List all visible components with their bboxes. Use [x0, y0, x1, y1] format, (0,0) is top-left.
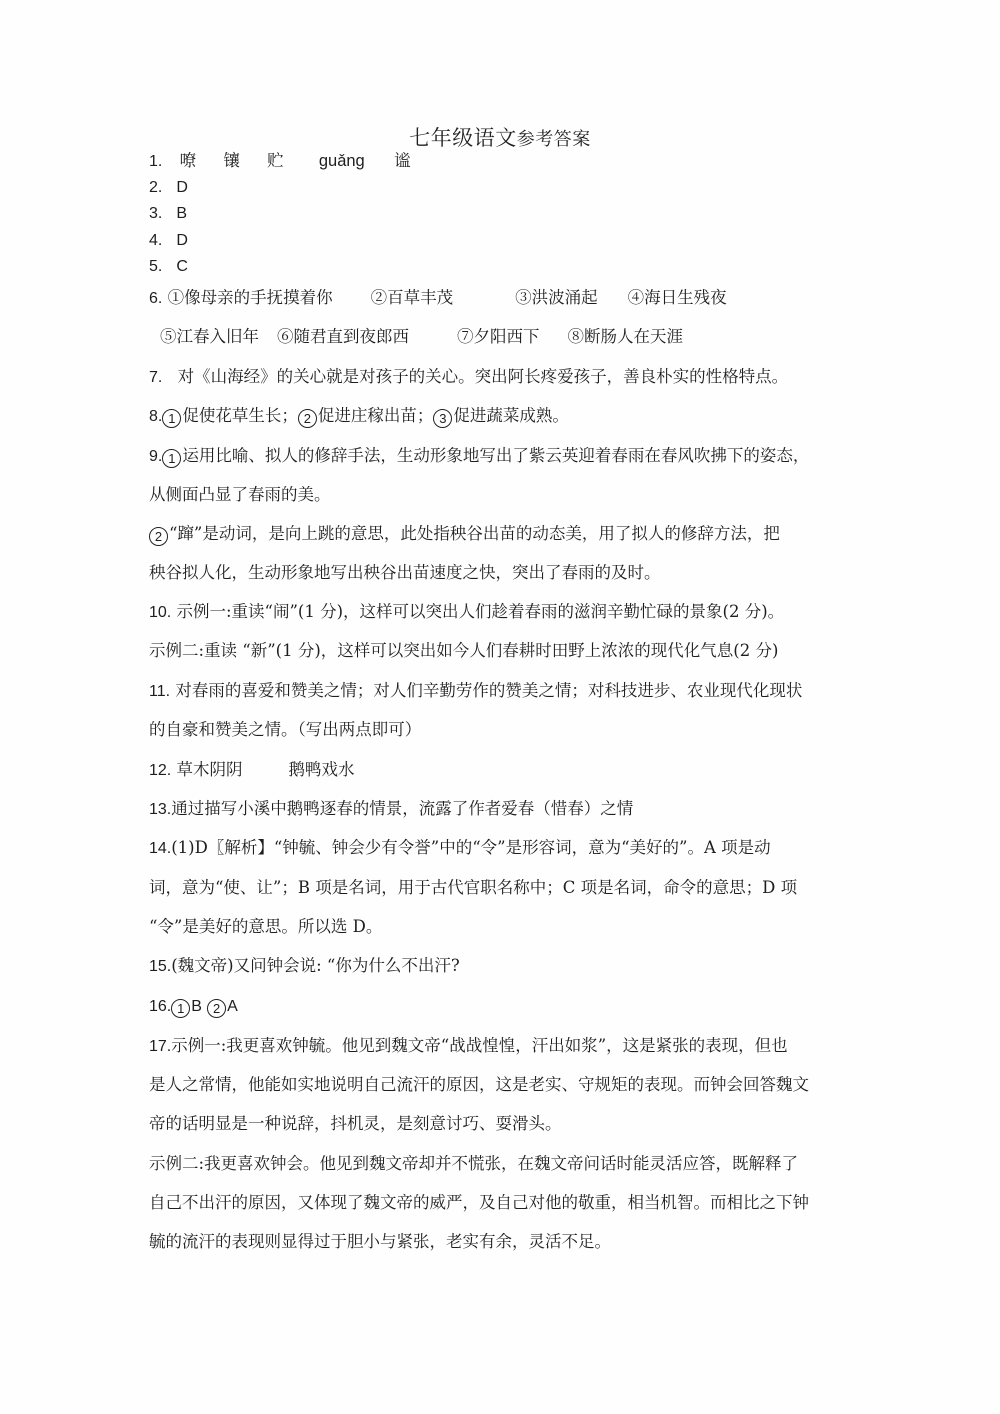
answer-choice: A — [227, 998, 238, 1015]
answer-text: (魏文帝)又问钟会说: “你为什么不出汗? — [171, 956, 459, 975]
answer-text: 帝的话明显是一种说辞，抖机灵，是刻意讨巧、耍滑头。 — [149, 1114, 562, 1133]
question-number: 13. — [149, 801, 171, 818]
answer-10-line-1: 10. 示例一:重读“闹”(1 分)，这样可以突出人们趁着春雨的滋润辛勤忙碌的景… — [149, 601, 784, 624]
answer-blank: ⑥随君直到夜郎西 — [277, 327, 409, 346]
answer-17-line-4: 示例二:我更喜欢钟会。他见到魏文帝却并不慌张，在魏文帝问话时能灵活应答，既解释了 — [149, 1153, 798, 1175]
answer-item-pinyin: guǎng — [319, 152, 365, 170]
answer-text: 的自豪和赞美之情。（写出两点即可） — [149, 720, 421, 739]
answer-blank: ④海日生残夜 — [628, 288, 727, 307]
answer-sheet-page: 七年级语文参考答案 1. 嘹 镶 贮 guǎng 谧 2.D 3.B 4.D 5… — [0, 0, 1000, 1414]
answer-11-line-1: 11. 对春雨的喜爱和赞美之情；对人们辛勤劳作的赞美之情；对科技进步、农业现代化… — [149, 680, 802, 703]
answer-item: 贮 — [267, 151, 284, 170]
question-number: 3. — [149, 205, 162, 222]
answer-4: 4.D — [149, 229, 188, 252]
answer-17-line-1: 17.示例一:我更喜欢钟毓。他见到魏文帝“战战惶惶，汗出如浆”，这是紧张的表现，… — [149, 1035, 788, 1058]
answer-17-line-2: 是人之常情，他能如实地说明自己流汗的原因，这是老实、守规矩的表现。而钟会回答魏文 — [149, 1074, 809, 1096]
circled-number-1: 1 — [162, 409, 181, 428]
question-number: 12. — [149, 762, 171, 779]
answer-blank: 鹅鸭戏水 — [289, 760, 355, 779]
answer-text: 自己不出汗的原因，又体现了魏文帝的威严，及自己对他的敬重，相当机智。而相比之下钟 — [149, 1193, 809, 1212]
answer-6-row-2: ⑤江春入旧年⑥随君直到夜郎西⑦夕阳西下⑧断肠人在天涯 — [160, 326, 683, 348]
answer-17-line-6: 毓的流汗的表现则显得过于胆小与紧张，老实有余，灵活不足。 — [149, 1231, 611, 1253]
answer-blank: 草木阴阴 — [177, 760, 243, 779]
answer-text: 示例一:我更喜欢钟毓。他见到魏文帝“战战惶惶，汗出如浆”，这是紧张的表现，但也 — [171, 1036, 787, 1055]
question-number: 14. — [149, 840, 171, 857]
question-number: 2. — [149, 179, 162, 196]
answer-part: 促进蔬菜成熟。 — [453, 406, 569, 425]
answer-choice: B — [191, 998, 202, 1015]
answer-text: 示例一:重读“闹”(1 分)，这样可以突出人们趁着春雨的滋润辛勤忙碌的景象(2 … — [177, 602, 785, 621]
answer-choice: D — [176, 179, 188, 196]
answer-14-line-2: 词，意为“使、让”；B 项是名词，用于古代官职名称中；C 项是名词，命令的意思；… — [149, 877, 797, 899]
answer-2: 2.D — [149, 176, 188, 199]
answer-17-line-3: 帝的话明显是一种说辞，抖机灵，是刻意讨巧、耍滑头。 — [149, 1113, 562, 1135]
circled-number-1: 1 — [162, 449, 181, 468]
title-main: 七年级语文 — [409, 126, 517, 150]
question-number: 16. — [149, 998, 171, 1015]
answer-text: 通过描写小溪中鹅鸭逐春的情景，流露了作者爱春（惜春）之情 — [171, 799, 633, 818]
answer-text: 示例二:重读 “新”(1 分)，这样可以突出如今人们春耕时田野上浓浓的现代化气息… — [149, 641, 778, 660]
answer-text: 示例二:我更喜欢钟会。他见到魏文帝却并不慌张，在魏文帝问话时能灵活应答，既解释了 — [149, 1154, 798, 1173]
page-title: 七年级语文参考答案 — [0, 122, 1000, 152]
question-number: 10. — [149, 604, 171, 621]
question-number: 11. — [149, 683, 170, 700]
answer-text: 对《山海经》的关心就是对孩子的关心。突出阿长疼爱孩子，善良朴实的性格特点。 — [178, 367, 789, 386]
answer-text: 词，意为“使、让”；B 项是名词，用于古代官职名称中；C 项是名词，命令的意思；… — [149, 878, 797, 897]
answer-1: 1. 嘹 镶 贮 guǎng 谧 — [149, 150, 432, 173]
answer-text: “令”是美好的意思。所以选 D。 — [149, 917, 382, 936]
question-number: 4. — [149, 232, 162, 249]
answer-10-line-2: 示例二:重读 “新”(1 分)，这样可以突出如今人们春耕时田野上浓浓的现代化气息… — [149, 640, 778, 662]
answer-blank: ⑦夕阳西下 — [457, 327, 540, 346]
answer-blank: ②百草丰茂 — [371, 288, 454, 307]
answer-text: 毓的流汗的表现则显得过于胆小与紧张，老实有余，灵活不足。 — [149, 1232, 611, 1251]
answer-text: (1)D〖解析】“钟毓、钟会少有令誉”中的“令”是形容词，意为“美好的”。A 项… — [171, 838, 770, 857]
question-number: 7. — [149, 369, 162, 386]
answer-12: 12. 草木阴阴鹅鸭戏水 — [149, 759, 355, 782]
question-number: 17. — [149, 1038, 171, 1055]
circled-number-2: 2 — [207, 999, 226, 1018]
title-suffix: 参考答案 — [517, 129, 591, 150]
answer-text: 从侧面凸显了春雨的美。 — [149, 485, 331, 504]
answer-8: 8.1促使花草生长；2促进庄稼出苗；3促进蔬菜成熟。 — [149, 405, 569, 428]
answer-blank: ⑤江春入旧年 — [160, 327, 259, 346]
question-number: 1. — [149, 153, 162, 170]
question-number: 15. — [149, 958, 171, 975]
circled-number-2: 2 — [298, 409, 317, 428]
answer-text: 是人之常情，他能如实地说明自己流汗的原因，这是老实、守规矩的表现。而钟会回答魏文 — [149, 1075, 809, 1094]
circled-number-2: 2 — [149, 527, 168, 546]
answer-text: 对春雨的喜爱和赞美之情；对人们辛勤劳作的赞美之情；对科技进步、农业现代化现状 — [175, 681, 802, 700]
answer-part: 促进庄稼出苗； — [318, 406, 434, 425]
answer-choice: D — [176, 232, 188, 249]
answer-item: 嘹 — [180, 151, 197, 170]
answer-9-line-4: 秧谷拟人化，生动形象地写出秧谷出苗速度之快，突出了春雨的及时。 — [149, 562, 661, 584]
answer-5: 5.C — [149, 255, 188, 278]
answer-text: “蹿”是动词，是向上跳的意思，此处指秧谷出苗的动态美，用了拟人的修辞方法，把 — [169, 524, 780, 543]
answer-blank: ⑧断肠人在天涯 — [568, 327, 684, 346]
circled-number-3: 3 — [433, 409, 452, 428]
answer-16: 16.1B 2A — [149, 995, 238, 1018]
answer-6-row-1: 6. ①像母亲的手抚摸着你②百草丰茂③洪波涌起④海日生残夜 — [149, 287, 727, 310]
answer-item: 谧 — [394, 151, 411, 170]
answer-9-line-1: 9.1运用比喻、拟人的修辞手法，生动形象地写出了紫云英迎着春雨在春风吹拂下的姿态… — [149, 445, 809, 468]
answer-13: 13.通过描写小溪中鹅鸭逐春的情景，流露了作者爱春（惜春）之情 — [149, 798, 633, 821]
question-number: 6. — [149, 290, 162, 307]
answer-9-line-2: 从侧面凸显了春雨的美。 — [149, 484, 331, 506]
answer-3: 3.B — [149, 202, 187, 225]
answer-blank: ③洪波涌起 — [515, 288, 598, 307]
answer-choice: B — [176, 205, 187, 222]
question-number: 9. — [149, 448, 162, 465]
question-number: 5. — [149, 258, 162, 275]
circled-number-1: 1 — [171, 999, 190, 1018]
answer-14-line-1: 14.(1)D〖解析】“钟毓、钟会少有令誉”中的“令”是形容词，意为“美好的”。… — [149, 837, 771, 860]
answer-11-line-2: 的自豪和赞美之情。（写出两点即可） — [149, 719, 421, 741]
answer-text: 运用比喻、拟人的修辞手法，生动形象地写出了紫云英迎着春雨在春风吹拂下的姿态， — [182, 446, 809, 465]
answer-17-line-5: 自己不出汗的原因，又体现了魏文帝的威严，及自己对他的敬重，相当机智。而相比之下钟 — [149, 1192, 809, 1214]
answer-part: 促使花草生长； — [182, 406, 298, 425]
answer-15: 15.(魏文帝)又问钟会说: “你为什么不出汗? — [149, 955, 460, 978]
answer-text: 秧谷拟人化，生动形象地写出秧谷出苗速度之快，突出了春雨的及时。 — [149, 563, 661, 582]
answer-9-line-3: 2“蹿”是动词，是向上跳的意思，此处指秧谷出苗的动态美，用了拟人的修辞方法，把 — [149, 523, 780, 546]
question-number: 8. — [149, 408, 162, 425]
answer-blank: ①像母亲的手抚摸着你 — [168, 288, 333, 307]
answer-7: 7. 对《山海经》的关心就是对孩子的关心。突出阿长疼爱孩子，善良朴实的性格特点。 — [149, 366, 788, 389]
answer-14-line-3: “令”是美好的意思。所以选 D。 — [149, 916, 382, 938]
answer-item: 镶 — [223, 151, 240, 170]
answer-choice: C — [176, 258, 188, 275]
